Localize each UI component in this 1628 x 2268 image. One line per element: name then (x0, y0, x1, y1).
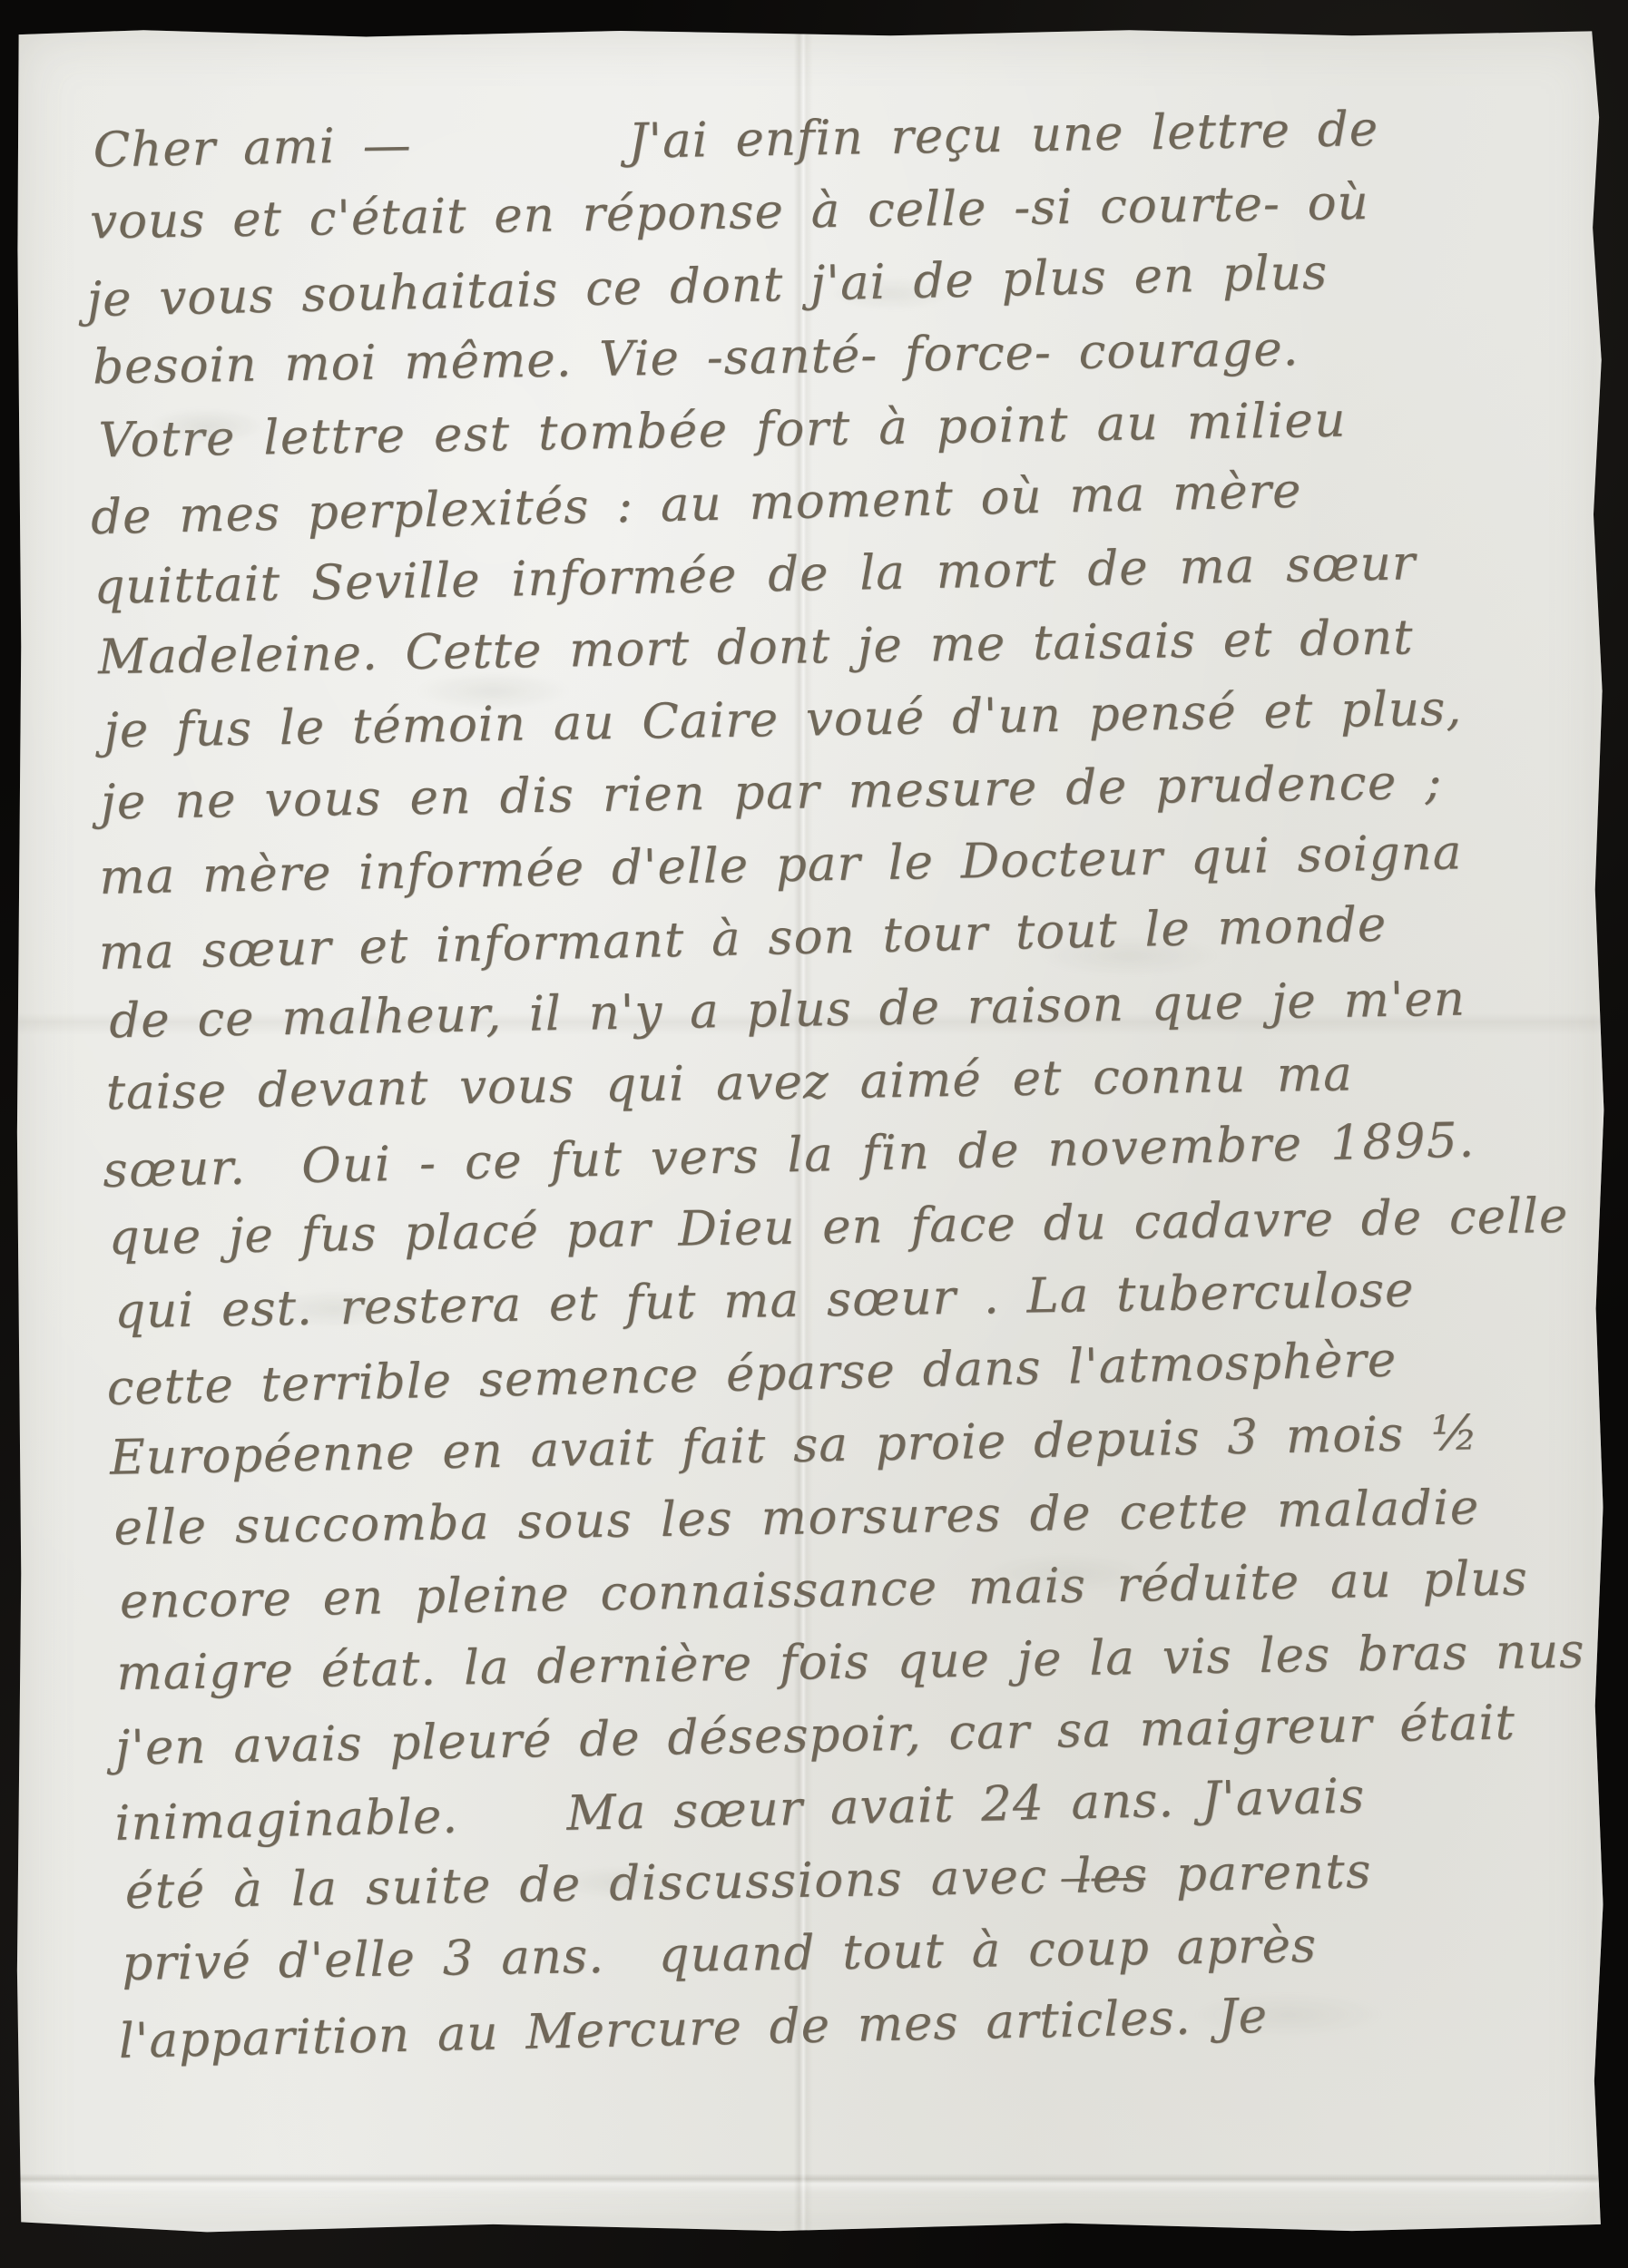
letter-body: Cher ami — J'ai enfin reçu une lettre de… (85, 89, 1609, 2076)
scan-background: Cher ami — J'ai enfin reçu une lettre de… (0, 0, 1628, 2268)
letter-page: Cher ami — J'ai enfin reçu une lettre de… (16, 29, 1606, 2235)
